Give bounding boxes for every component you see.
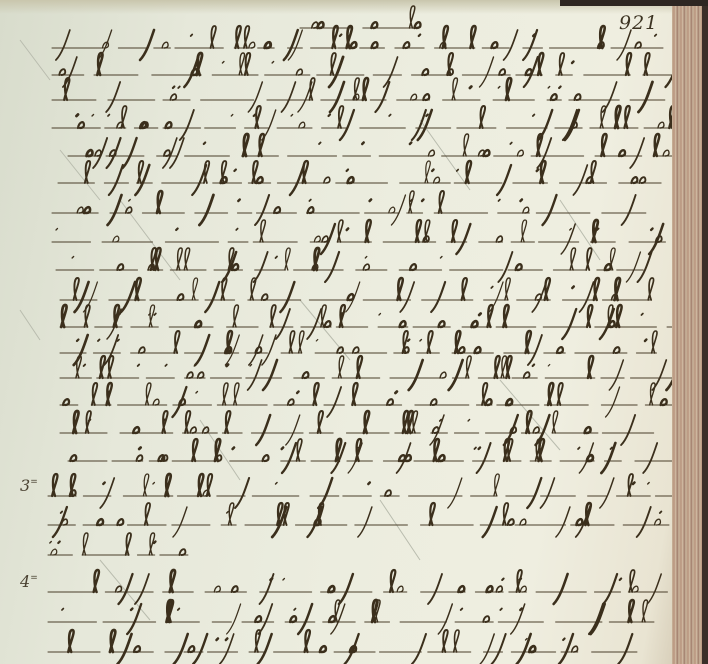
shorthand-line: [60, 413, 670, 443]
shorthand-line: [52, 80, 664, 110]
page-number: 921: [619, 12, 658, 34]
shorthand-line: [48, 602, 658, 632]
shorthand-line: [52, 28, 664, 58]
top-shadow-bar: [560, 0, 708, 6]
binding-shadow: [702, 0, 708, 664]
shorthand-line: [52, 193, 664, 223]
shorthand-line: [48, 572, 658, 602]
shorthand-line: [52, 108, 664, 138]
shorthand-line: [60, 385, 660, 415]
shorthand-line: [48, 632, 608, 662]
manuscript-page: 921 3=4=: [0, 0, 672, 664]
shorthand-line: [60, 280, 660, 310]
paragraph-marker: 3=: [20, 476, 38, 495]
shorthand-line: [48, 535, 208, 565]
shorthand-line: [52, 222, 664, 252]
shorthand-line: [60, 358, 670, 388]
paragraph-marker: 4=: [20, 572, 38, 591]
shorthand-line: [68, 441, 658, 471]
shorthand-line: [48, 476, 668, 506]
shorthand-line: [58, 163, 658, 193]
page-edges: [672, 0, 708, 664]
shorthand-line: [56, 250, 656, 280]
shorthand-line: [48, 505, 668, 535]
shorthand-line: [68, 136, 664, 166]
